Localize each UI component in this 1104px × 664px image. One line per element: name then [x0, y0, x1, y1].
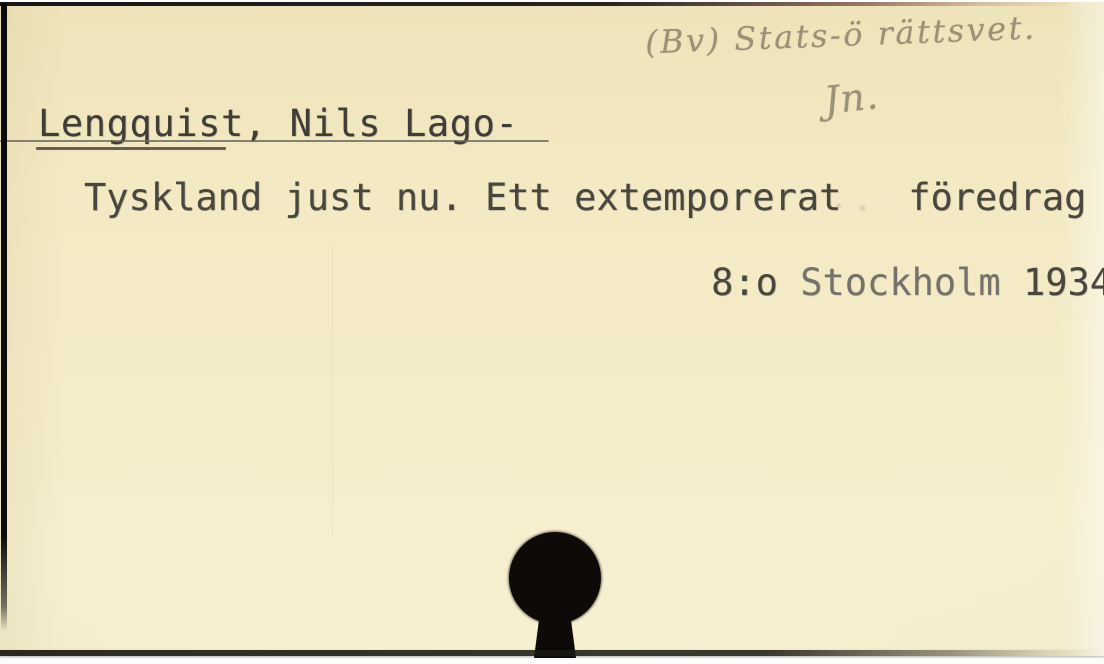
publication-format: 8:o [711, 261, 800, 304]
paper-crease [332, 245, 333, 535]
heading-underline-long [0, 140, 549, 142]
erased-text-artifact [832, 197, 888, 213]
card-left-edge-shadow [1, 3, 7, 631]
card-bottom-edge-shadow [0, 650, 1104, 656]
handwritten-initials: Jn. [822, 73, 881, 122]
publication-line: 8:o Stockholm 1934. [622, 227, 1104, 338]
heading-underline-short [36, 147, 226, 150]
publication-place: Stockholm [800, 261, 1023, 304]
title-line: Tyskland just nu. Ett extemporerat föred… [84, 179, 1086, 216]
scanned-catalog-card: (Bv) Stats-ö rättsvet. Jn. Lengquist, Ni… [0, 0, 1104, 664]
card-top-edge-shadow [0, 2, 1104, 6]
author-heading: Lengquist, Nils Lago- [38, 105, 518, 142]
publication-year: 1934. [1023, 261, 1104, 304]
